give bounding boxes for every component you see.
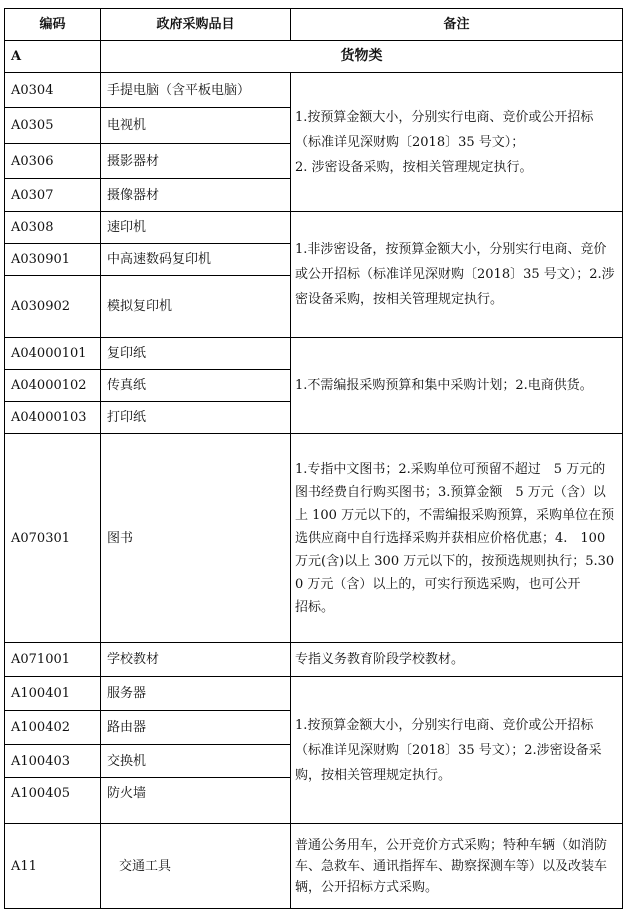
row-code: A0308 — [5, 212, 101, 244]
procurement-table: 编码 政府采购品目 备注 A 货物类 A0304 手提电脑（含平板电脑） 1.按… — [4, 8, 623, 909]
table-row: A071001 学校教材 专指义务教育阶段学校教材。 — [5, 643, 623, 677]
row-code: A030902 — [5, 276, 101, 338]
header-item: 政府采购品目 — [101, 9, 291, 41]
row-code: A100403 — [5, 745, 101, 778]
row-code: A0304 — [5, 73, 101, 108]
row-item: 路由器 — [101, 711, 291, 745]
row-item: 传真纸 — [101, 370, 291, 402]
row-item: 交换机 — [101, 745, 291, 778]
row-item: 模拟复印机 — [101, 276, 291, 338]
table-row: A070301 图书 1.专指中文图书；2.采购单位可预留不超过 5 万元的图书… — [5, 434, 623, 643]
row-item: 学校教材 — [101, 643, 291, 677]
table-row: A11 交通工具 普通公务用车，公开竞价方式采购；特种车辆（如消防车、急救车、通… — [5, 824, 623, 909]
table-row: A0304 手提电脑（含平板电脑） 1.按预算金额大小，分别实行电商、竞价或公开… — [5, 73, 623, 108]
row-item: 电视机 — [101, 108, 291, 144]
row-item: 交通工具 — [101, 824, 291, 909]
row-note: 1.非涉密设备，按预算金额大小，分别实行电商、竞价或公开招标（标准详见深财购〔2… — [291, 212, 623, 338]
row-note: 普通公务用车，公开竞价方式采购；特种车辆（如消防车、急救车、通讯指挥车、勘察探测… — [291, 824, 623, 909]
header-code: 编码 — [5, 9, 101, 41]
row-code: A071001 — [5, 643, 101, 677]
row-code: A100401 — [5, 677, 101, 711]
row-item: 服务器 — [101, 677, 291, 711]
category-code: A — [5, 41, 101, 73]
row-note: 1.专指中文图书；2.采购单位可预留不超过 5 万元的图书经费自行购买图书；3.… — [291, 434, 623, 643]
row-code: A100405 — [5, 778, 101, 824]
row-code: A11 — [5, 824, 101, 909]
row-item: 防火墙 — [101, 778, 291, 824]
row-item: 摄像器材 — [101, 179, 291, 212]
row-item: 中高速数码复印机 — [101, 244, 291, 276]
row-note: 1.按预算金额大小，分别实行电商、竞价或公开招标（标准详见深财购〔2018〕35… — [291, 73, 623, 212]
row-item: 手提电脑（含平板电脑） — [101, 73, 291, 108]
row-code: A0306 — [5, 144, 101, 179]
row-item: 打印纸 — [101, 402, 291, 434]
row-code: A0307 — [5, 179, 101, 212]
row-code: A0305 — [5, 108, 101, 144]
category-row: A 货物类 — [5, 41, 623, 73]
row-code: A04000103 — [5, 402, 101, 434]
row-item: 摄影器材 — [101, 144, 291, 179]
row-item: 图书 — [101, 434, 291, 643]
table-row: A0308 速印机 1.非涉密设备，按预算金额大小，分别实行电商、竞价或公开招标… — [5, 212, 623, 244]
row-note: 专指义务教育阶段学校教材。 — [291, 643, 623, 677]
header-note: 备注 — [291, 9, 623, 41]
row-code: A04000101 — [5, 338, 101, 370]
header-row: 编码 政府采购品目 备注 — [5, 9, 623, 41]
category-label: 货物类 — [101, 41, 623, 73]
row-note: 1.不需编报采购预算和集中采购计划；2.电商供货。 — [291, 338, 623, 434]
table-row: A100401 服务器 1.按预算金额大小，分别实行电商、竞价或公开招标（标准详… — [5, 677, 623, 711]
table-row: A04000101 复印纸 1.不需编报采购预算和集中采购计划；2.电商供货。 — [5, 338, 623, 370]
row-code: A04000102 — [5, 370, 101, 402]
row-item: 速印机 — [101, 212, 291, 244]
row-code: A070301 — [5, 434, 101, 643]
row-note: 1.按预算金额大小，分别实行电商、竞价或公开招标（标准详见深财购〔2018〕35… — [291, 677, 623, 824]
row-code: A030901 — [5, 244, 101, 276]
row-item: 复印纸 — [101, 338, 291, 370]
row-code: A100402 — [5, 711, 101, 745]
